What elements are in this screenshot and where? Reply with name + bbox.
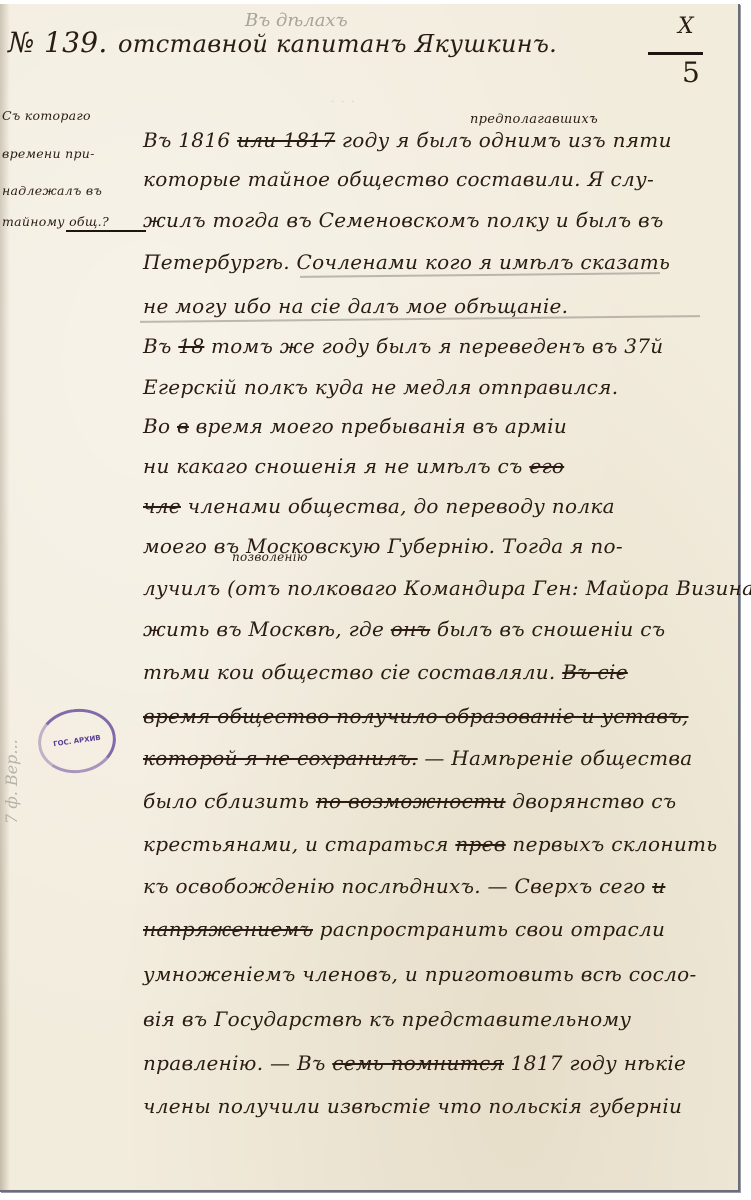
margin-question-line: времени при- [2,146,95,161]
pencil-note-top: Въ дѣлахъ [245,10,348,31]
text-line: лучилъ (отъ полковаго Командира Ген: Май… [143,576,751,600]
margin-question-line: надлежалъ въ [2,183,102,198]
text-line: которой я не сохранилъ. — Намѣреніе обще… [143,746,693,770]
text-line: къ освобожденію послѣднихъ. — Сверхъ сег… [143,874,665,898]
text-line: ни какаго сношенія я не имѣлъ съ его [143,454,564,478]
struck-text: чле [143,494,181,518]
margin-question-line: тайному общ.? [2,214,109,229]
side-pencil-note: 7 ф. Вер... [2,739,21,824]
struck-text: Въ сіе [562,660,628,684]
text-line: Во в время моего пребыванія въ арміи [143,414,567,438]
text-line: члены получили извѣстіе что польскія губ… [143,1094,682,1118]
text-line: вія въ Государствѣ къ представительному [143,1007,631,1031]
document-number: № 139. [8,26,108,59]
struck-text: время общество получило образованіе и ус… [143,704,689,728]
struck-text: в [177,414,189,438]
text-line: напряжениемъ распространить свои отрасли [143,917,665,941]
struck-text: или 1817 [237,128,335,152]
bleed-through-text: · · · [330,92,355,111]
text-line: Егерскій полкъ куда не медля отправился. [143,375,618,399]
archive-stamp: ГОС. АРХИВ [34,704,120,778]
interlinear-insertion: предполагавшихъ [470,112,598,127]
stamp-text: ГОС. АРХИВ [53,734,101,749]
text-line: правленію. — Въ семь помнится 1817 году … [143,1051,686,1075]
folio-number: 5 [682,56,700,89]
text-line: жить въ Москвѣ, где онъ былъ въ сношеніи… [143,617,665,641]
margin-underline [66,230,146,232]
struck-text: семь помнится [332,1051,504,1075]
struck-text: и [652,874,665,898]
struck-text: прев [455,832,505,856]
text-line: жилъ тогда въ Семеновскомъ полку и былъ … [143,208,664,232]
text-line: умноженіемъ членовъ, и приготовить всѣ с… [143,962,697,986]
margin-question-line: Съ котораго [2,108,91,123]
text-line: крестьянами, и стараться прев первыхъ ск… [143,832,717,856]
text-line: чле членами общества, до переводу полка [143,494,615,518]
struck-text: которой я не сохранилъ. [143,746,418,770]
text-line: было сблизить по возможности дворянство … [143,789,676,813]
text-line: время общество получило образованіе и ус… [143,704,689,728]
text-line: не могу ибо на сіе далъ мое обѣщаніе. [143,294,568,318]
text-line: Въ 1816 или 1817 году я былъ однимъ изъ … [143,128,672,152]
text-line: Петербургѣ. Сочленами кого я имѣлъ сказа… [143,250,670,274]
struck-text: напряжениемъ [143,917,313,941]
text-line: тѣми кои общество сіе составляли. Въ сіе [143,660,628,684]
struck-text: по возможности [316,789,506,813]
header-title: отставной капитанъ Якушкинъ. [118,30,557,58]
struck-text: онъ [391,617,430,641]
folio-rule [648,52,703,55]
text-line: Въ 18 томъ же году былъ я переведенъ въ … [143,334,663,358]
folio-mark: X [678,14,694,39]
manuscript-page: · · · № 139. отставной капитанъ Якушкинъ… [0,4,740,1192]
text-line: которые тайное общество составили. Я слу… [143,167,654,191]
text-line: моего въ Московскую Губернію. Тогда я по… [143,534,623,558]
struck-text: его [529,454,564,478]
struck-text: 18 [178,334,204,358]
